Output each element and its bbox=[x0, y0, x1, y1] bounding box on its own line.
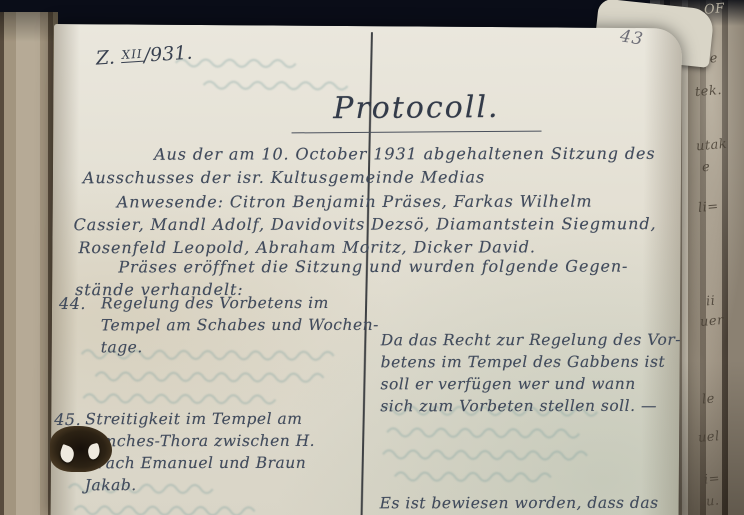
reference-prefix: Z. bbox=[95, 47, 115, 70]
edge-text-fragment: i= bbox=[703, 471, 720, 487]
left-binding-gutter bbox=[0, 12, 58, 515]
edge-text-fragment: uel bbox=[697, 429, 720, 446]
page-title: Protocoll. bbox=[291, 90, 541, 134]
item-subject-line: Tempel am Schabes und Wochen- bbox=[101, 316, 379, 334]
edge-text-fragment: li= bbox=[697, 199, 719, 216]
item-resolution-line: sich zum Vorbeten stellen soll. — bbox=[380, 397, 657, 415]
item-subject-line: Simches-Thora zwischen H. bbox=[85, 432, 315, 450]
edge-text-fragment: uer bbox=[699, 313, 724, 330]
edge-text-fragment: tek. bbox=[694, 83, 722, 100]
intro-line: Ausschusses der isr. Kultusgemeinde Medi… bbox=[83, 168, 485, 188]
intro-line: Rosenfeld Leopold, Abraham Moritz, Dicke… bbox=[78, 237, 535, 257]
item-resolution-line: betens im Tempel des Gabbens ist bbox=[381, 353, 666, 371]
protocol-page: Z. XII/931. Protocoll. Aus der am 10. Oc… bbox=[51, 24, 682, 515]
edge-text-fragment: utak bbox=[695, 137, 727, 155]
intro-line: Anwesende: Citron Benjamin Präses, Farka… bbox=[117, 192, 593, 212]
intro-line: Cassier, Mandl Adolf, Davidovits Dezsö, … bbox=[74, 214, 657, 234]
item-subject-line: Drach Emanuel und Braun bbox=[85, 454, 306, 472]
item-subject-line: Jakab. bbox=[85, 476, 137, 494]
item-subject-line: Regelung des Vorbetens im bbox=[101, 294, 329, 312]
item-number: 44. bbox=[59, 294, 86, 313]
item-resolution-line: Es ist bewiesen worden, dass das bbox=[380, 494, 659, 512]
item-subject-line: tage. bbox=[101, 338, 143, 356]
edge-text-fragment: e bbox=[701, 160, 710, 176]
intro-line: Aus der am 10. October 1931 abgehaltenen… bbox=[154, 144, 655, 164]
binding-tear-hole bbox=[50, 426, 112, 472]
item-resolution-line: Da das Recht zur Regelung des Vor- bbox=[381, 331, 681, 350]
edge-text-fragment: u. bbox=[705, 493, 720, 509]
edge-text-fragment: ii bbox=[705, 294, 716, 310]
item-resolution-line: soll er verfügen wer und wann bbox=[380, 375, 635, 393]
intro-line: Präses eröffnet die Sitzung und wurden f… bbox=[118, 257, 628, 277]
item-subject-line: Streitigkeit im Tempel am bbox=[85, 410, 302, 428]
folio-number: 43 bbox=[619, 26, 645, 49]
photographed-ledger-page: OF une tek. utak e li= ii uer le uel i= … bbox=[0, 0, 744, 515]
reference-denominator: /931. bbox=[143, 42, 193, 67]
reference-numerator: XII bbox=[120, 47, 144, 63]
edge-text-fragment: le bbox=[701, 391, 715, 407]
